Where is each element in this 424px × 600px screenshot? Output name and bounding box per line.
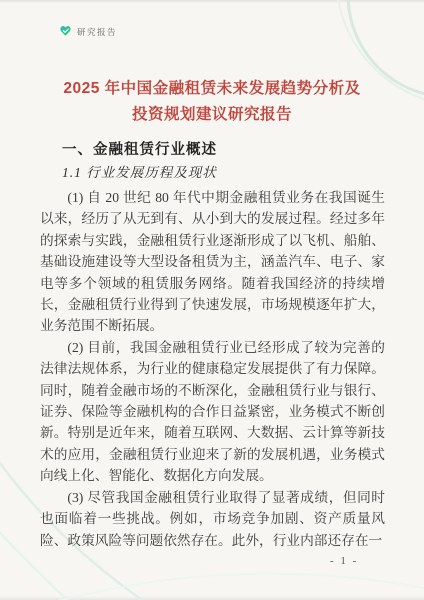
subsection-heading: 1.1 行业发展历程及现状 bbox=[62, 163, 385, 183]
heart-check-logo-icon bbox=[59, 25, 72, 38]
report-title-line1: 2025 年中国金融租赁未来发展趋势分析及 bbox=[63, 80, 360, 97]
page-number: - 1 - bbox=[330, 555, 358, 567]
paragraph-3: (3) 尽管我国金融租赁行业取得了显著成绩，但同时也面临着一些挑战。例如，市场竞… bbox=[40, 487, 385, 551]
report-title-line2: 投资规划建议研究报告 bbox=[132, 106, 292, 123]
report-header: 研究报告 bbox=[59, 25, 117, 38]
photo-edge-top bbox=[0, 0, 424, 3]
paragraph-2: (2) 目前，我国金融租赁行业已经形成了较为完善的法律法规体系，为行业的健康稳定… bbox=[40, 337, 385, 487]
document-body: 一、金融租赁行业概述 1.1 行业发展历程及现状 (1) 自 20 世纪 80 … bbox=[40, 140, 385, 551]
photo-edge-bottom bbox=[0, 596, 424, 600]
paragraph-group: (1) 自 20 世纪 80 年代中期金融租赁业务在我国诞生以来，经历了从无到有… bbox=[40, 187, 385, 551]
section-heading: 一、金融租赁行业概述 bbox=[62, 140, 385, 160]
brand-label: 研究报告 bbox=[77, 26, 117, 38]
report-title: 2025 年中国金融租赁未来发展趋势分析及 投资规划建议研究报告 bbox=[22, 76, 402, 127]
report-page: { "page": { "background_color": "#f7f6f3… bbox=[0, 0, 424, 600]
paragraph-1: (1) 自 20 世纪 80 年代中期金融租赁业务在我国诞生以来，经历了从无到有… bbox=[40, 187, 385, 337]
